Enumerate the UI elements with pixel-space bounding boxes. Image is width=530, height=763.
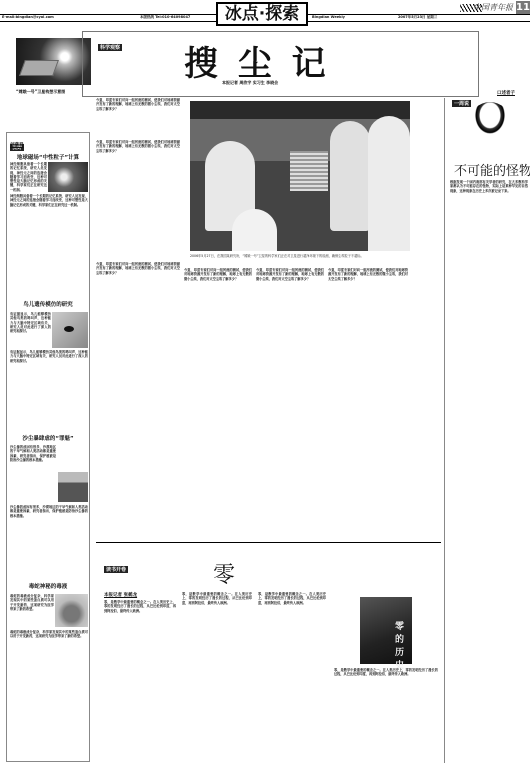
figure-4	[368, 116, 410, 251]
right-column-headline: 不可能的怪物	[454, 160, 530, 179]
bottom-body-col4: 零，是数学中最重要的概念之一。在人类历史上，零的发明经历了漫长的过程，从巴比伦到…	[334, 668, 438, 760]
satellite-shape	[19, 60, 59, 76]
snake-photo	[55, 594, 88, 627]
email: E-mail:bingdian@cyol.com	[2, 15, 54, 19]
left-article-title-4: 毒蛇神秘的毒液	[8, 582, 88, 590]
left-article-body-4a: 毒蛇的毒液成分复杂，科学家发现其中的某些蛋白质可以用于开发新药，这项研究为医学带…	[10, 594, 54, 630]
bottom-byline: 本报记者 张鹤龙	[104, 592, 137, 598]
book-cover-title: 零的历史	[395, 619, 412, 671]
left-article-body-3a: 沙尘暴的成因有很多，沙漠地区的干旱气候和人类活动都是重要因素，研究者指出，保护植…	[10, 445, 56, 505]
left-article-title-2: 鸟儿遗传模仿的研究	[8, 300, 88, 308]
figure-3	[330, 121, 370, 231]
left-article-body-3b: 沙尘暴的成因有很多，沙漠地区的干旱气候和人类活动都是重要因素，研究者指出，保护植…	[10, 505, 88, 585]
main-body-col4: 今夏，印度专家们对向一组河流的测试，使我们对地球资源开发有了新的理解，地球上有无…	[256, 268, 324, 498]
left-article-body-1a: 神经细胞具备着一个长期的记忆系统，研究人员发现，神经元之间的连接会随着学习而改变…	[10, 162, 47, 194]
main-body-col2: 今夏，印度专家们对向一组河流的测试，使我们对地球资源开发有了新的理解，地球上有无…	[96, 262, 180, 498]
left-article-body-2a: 有证据显示，鸟儿能够模仿其他鸟类的鸣叫声，这种能力与大脑中特定区域有关，研究人员…	[10, 312, 51, 350]
left-column-author: 刘燕君	[10, 142, 24, 148]
masthead: E-mail:bingdian@cyol.com 本版热线 Tel:010-64…	[0, 0, 530, 28]
right-column-tag: 一周说	[452, 100, 471, 107]
issue-date: 2007年5月23日 星期三	[398, 15, 437, 20]
main-headline: 搜 尘 记	[184, 36, 330, 85]
bottom-section-rule	[96, 542, 441, 543]
right-tag-wrap: 一周说	[452, 90, 471, 109]
bottom-tag-wrap: 读书开卷	[104, 556, 128, 575]
satellite-photo	[16, 38, 91, 85]
equipment	[290, 151, 328, 191]
hotline: 本版热线 Tel:010-64098047	[140, 15, 190, 20]
sandstorm-photo	[58, 472, 88, 502]
right-column-author: 口述者子	[497, 90, 515, 96]
neuron-photo	[48, 162, 88, 192]
main-body-col1: 今夏，印度专家们对向一组河流的测试，使我们对地球资源开发有了新的理解，地球上有无…	[96, 140, 180, 258]
left-article-title-3: 沙尘暴肆虐的“罪魁”	[8, 434, 88, 442]
book-cover-photo: 零的历史	[360, 597, 412, 664]
bottom-body-col2: 零，是数学中最重要的概念之一。在人类历史上，零的发明经历了漫长的过程，从巴比伦到…	[182, 592, 252, 760]
bottom-section-tag: 读书开卷	[104, 566, 128, 573]
figure-2	[232, 209, 277, 251]
main-body-col3: 今夏，印度专家们对向一组河流的测试，使我们对地球资源开发有了新的理解，地球上有无…	[184, 268, 252, 498]
right-column-body: 根据发现一个国内南部有关学者的研究，在大多数科学家都认为不可能存在的怪物，实际上…	[450, 180, 528, 760]
bottom-body-col3: 零，是数学中最重要的概念之一。在人类历史上，零的发明经历了漫长的过程，从巴比伦到…	[258, 592, 326, 760]
bird-photo	[52, 312, 88, 348]
satellite-caption: “嫦娥一号”卫星构想示意图	[16, 89, 65, 95]
science-label: 科学观察	[98, 44, 122, 51]
bottom-body-col1: 零，是数学中最重要的概念之一。在人类历史上，零的发明经历了漫长的过程，从巴比伦到…	[104, 600, 176, 760]
right-column-rule	[444, 98, 445, 763]
left-article-title-1: 地球磁场“中性粒子”计算	[8, 153, 88, 161]
left-article-body-2b: 有证据显示，鸟儿能够模仿其他鸟类的鸣叫声，这种能力与大脑中特定区域有关，研究人员…	[10, 350, 88, 432]
photo-caption: 2006年5月27日，在我国某研究所，“嫦娥一号”卫星的科学家们正在对卫星进行超…	[190, 254, 410, 264]
cleanroom-photo	[190, 101, 410, 251]
section-title: 冰点·探索	[216, 2, 308, 26]
science-label-wrap: 科学观察	[98, 34, 122, 53]
brand-logo: 中国青年报	[473, 2, 513, 13]
page-number: 11	[516, 1, 530, 14]
left-article-body-1b: 神经细胞具备着一个长期的记忆系统，研究人员发现，神经元之间的连接会随着学习而改变…	[10, 194, 88, 296]
bottom-headline: 零	[213, 558, 235, 589]
author-portrait	[470, 102, 510, 140]
main-byline: 本报记者 周欣宇 实习生 李晓会	[222, 80, 278, 86]
bird-shape	[64, 326, 74, 332]
english-title: Bingdian Weekly	[312, 15, 345, 19]
main-body-col5: 今夏，印度专家们对向一组河流的测试，使我们对地球资源开发有了新的理解，地球上有无…	[328, 268, 408, 498]
lead-paragraph: 今夏，印度专家们对向一组河流的测试，使我们对地球资源开发有了新的理解，地球上有无…	[96, 98, 180, 138]
left-article-body-4b: 毒蛇的毒液成分复杂，科学家发现其中的某些蛋白质可以用于开发新药，这项研究为医学带…	[10, 630, 88, 760]
